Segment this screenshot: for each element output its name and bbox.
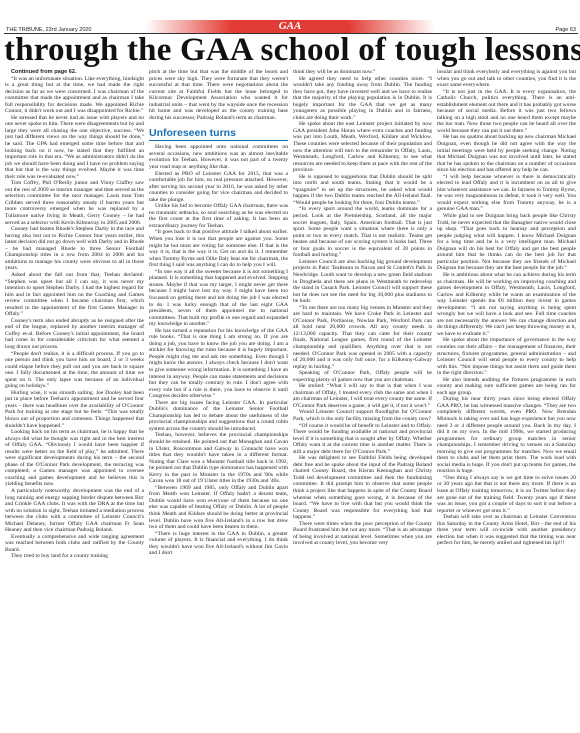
paragraph: Unlike his bid to become Offaly GAA chai… xyxy=(149,203,288,229)
paragraph: A particularly noteworthy development wa… xyxy=(5,488,144,534)
paragraph: Cooney had beaten Rhode's Stephen Darby … xyxy=(5,226,144,272)
paragraph: Asked about the fall out from that, Teeh… xyxy=(5,272,144,318)
paragraph: He is opposed to suggestions that Dublin… xyxy=(293,174,432,207)
column-2-text-bottom: Having been appointed onto national comm… xyxy=(149,144,288,556)
paragraph: They tried to buy land for a county trai… xyxy=(5,553,144,560)
paragraph: He agreed they need to help other counti… xyxy=(293,76,432,122)
paragraph: During his near thirty years since being… xyxy=(437,396,576,475)
page-header: GAA THE TRIBUNE, 23rd January 2020 Page … xyxy=(0,0,580,30)
paragraph: He has no qualms about backing up new ch… xyxy=(437,134,576,173)
article-body: Continued from page 62. “It was an unfor… xyxy=(5,69,577,729)
paragraph: “Of course it would be of benefit to Lei… xyxy=(293,423,432,456)
paragraph: Hurling wise, it was smooth sailing. Joe… xyxy=(5,390,144,429)
paragraph: Speaking of O'Connor Park, Offaly people… xyxy=(293,370,432,383)
subheading: Unforeseen turns xyxy=(149,127,288,141)
paragraph: “One thing I always say is we got time t… xyxy=(437,475,576,514)
paragraph: He spoke about the importance of governa… xyxy=(437,337,576,376)
paragraph: Would Leinster Council support floodligh… xyxy=(293,409,432,422)
column-2: pitch at the time but that was the middl… xyxy=(149,69,288,729)
paragraph: Elected as PRO of Leinster GAA for 2015,… xyxy=(149,171,288,204)
paragraph: “To me there are too many big venues in … xyxy=(293,305,432,370)
column-3-text: think they will be as dominant now.”He a… xyxy=(293,69,432,547)
paragraph: There are big issues facing Leinster GAA… xyxy=(149,400,288,433)
paragraph: Looking back on his term as chairman, he… xyxy=(5,429,144,488)
paragraph: “There is huge interest in the GAA in Du… xyxy=(149,531,288,557)
paragraph: “In every sport around the world, teams … xyxy=(293,206,432,258)
paragraph: Eventually a comprehensive and wide rang… xyxy=(5,534,144,554)
column-4-text: insular and think everybody and everythi… xyxy=(437,69,576,547)
paragraph: He smiled: “What I will say to that is t… xyxy=(293,383,432,409)
paragraph: Cooney's term also ended abruptly as he … xyxy=(5,318,144,351)
paragraph: “It goes back to that positive attitude … xyxy=(149,229,288,268)
paragraph: He stressed that he never had an issue w… xyxy=(5,115,144,180)
paragraph: Teehan will take over as chairman at Lei… xyxy=(437,514,576,547)
paragraph: He spoke about the east Leinster project… xyxy=(293,121,432,173)
paragraph: Tom Coffey, Phil O'Reilly junior and Vin… xyxy=(5,180,144,226)
paragraph: There were times when the poor perceptio… xyxy=(293,521,432,547)
paragraph: “It was an unfortunate situation. Like e… xyxy=(5,76,144,115)
column-3: think they will be as dominant now.”He a… xyxy=(293,69,432,729)
paragraph: He also intends auditing the fixtures pr… xyxy=(437,377,576,397)
paragraph: While glad to see Duignan bring back peo… xyxy=(437,213,576,272)
paragraph: He was delighted to see Faithful Fields … xyxy=(293,455,432,520)
article-headline: through the GAA school of tough lessons xyxy=(4,34,580,66)
paragraph: “It is not just in the GAA. It is every … xyxy=(437,89,576,135)
paragraph: Leinster Council are also backing big gr… xyxy=(293,259,432,305)
paragraph: insular and think everybody and everythi… xyxy=(437,69,576,89)
paragraph: “I will help because whoever is there is… xyxy=(437,174,576,213)
paragraph: Teehan, however, believes the provincial… xyxy=(149,432,288,484)
paragraph: “Between 1969 and 1985, only Offaly and … xyxy=(149,485,288,531)
paragraph: “In one way it all the sweeter because i… xyxy=(149,269,288,328)
paragraph: pitch at the time but that was the middl… xyxy=(149,69,288,121)
column-1: Continued from page 62. “It was an unfor… xyxy=(5,69,144,729)
column-1-text: “It was an unfortunate situation. Like e… xyxy=(5,76,144,560)
column-4: insular and think everybody and everythi… xyxy=(437,69,576,729)
paragraph: He is ambitious about what he can achiev… xyxy=(437,272,576,337)
paragraph: He has earned a reputation for his knowl… xyxy=(149,328,288,400)
paragraph: “People don't realise, it is a difficult… xyxy=(5,351,144,390)
column-2-text-top: pitch at the time but that was the middl… xyxy=(149,69,288,121)
paragraph: Having been appointed onto national comm… xyxy=(149,144,288,170)
